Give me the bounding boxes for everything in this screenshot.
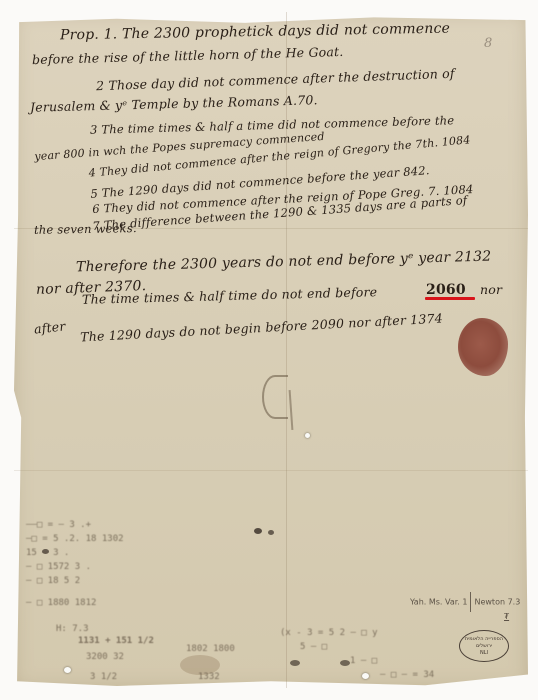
calculation-line: — □ 1572 3 . [26, 562, 91, 572]
calculation-line: — □ 18 5 2 [26, 576, 80, 586]
paper-fold-horizontal-lower [14, 470, 528, 471]
binding-hole [362, 673, 369, 679]
calculation-line: H: 7.3 [56, 624, 89, 634]
stamp-line: NLI [480, 650, 488, 657]
calculation-line: 1 — □ [350, 656, 377, 666]
paper-fold-vertical [286, 12, 287, 688]
faint-sketch [262, 375, 288, 419]
calculation-line: (x - 3 = 5 2 — □ y [280, 628, 378, 638]
calculation-line: 1802 1800 [186, 644, 235, 654]
page-number: 8 [484, 36, 492, 51]
paper-hole [305, 433, 310, 438]
calculation-line: 1332 [198, 672, 220, 682]
red-underline [425, 297, 475, 300]
calculation-line: —□ = 5 .2. 18 1302 [26, 534, 124, 544]
ink-blot [340, 660, 350, 666]
ink-blot [254, 528, 262, 534]
calculation-line: 5 — □ [300, 642, 327, 652]
calculation-line: ——□ = — 3 .+ [26, 520, 91, 530]
calculation-line: 15 — 3 . [26, 548, 69, 558]
conclusion-line: nor [480, 282, 502, 297]
calculation-line: 3 1/2 [90, 672, 117, 682]
library-stamp: הספרייה הלאומית ירושלים NLI [459, 630, 509, 662]
binding-hole [64, 667, 71, 673]
calculation-line: 3200 32 [86, 652, 124, 662]
calculation-line: 1131 + 151 1/2 [78, 636, 154, 646]
catalog-collection: Yah. Ms. Var. 1 [410, 598, 467, 607]
stamp-line: ירושלים [476, 643, 492, 650]
calculation-line: — □ — = 34 [380, 670, 434, 680]
shelfmark: Newton 7.3 [474, 598, 520, 607]
catalog-separator [470, 592, 471, 612]
wax-seal [458, 318, 508, 376]
catalog-note: Yah. Ms. Var. 1Newton 7.3 [410, 592, 520, 612]
manuscript-line: the seven weeks. [34, 221, 137, 237]
ink-blot [290, 660, 300, 666]
calculation-line: — □ 1880 1812 [26, 598, 96, 608]
shelfmark-sub: ₮ [504, 612, 509, 621]
ink-blot [268, 530, 274, 535]
stamp-line: הספרייה הלאומית [465, 636, 503, 643]
highlighted-year: 2060 [426, 282, 466, 298]
